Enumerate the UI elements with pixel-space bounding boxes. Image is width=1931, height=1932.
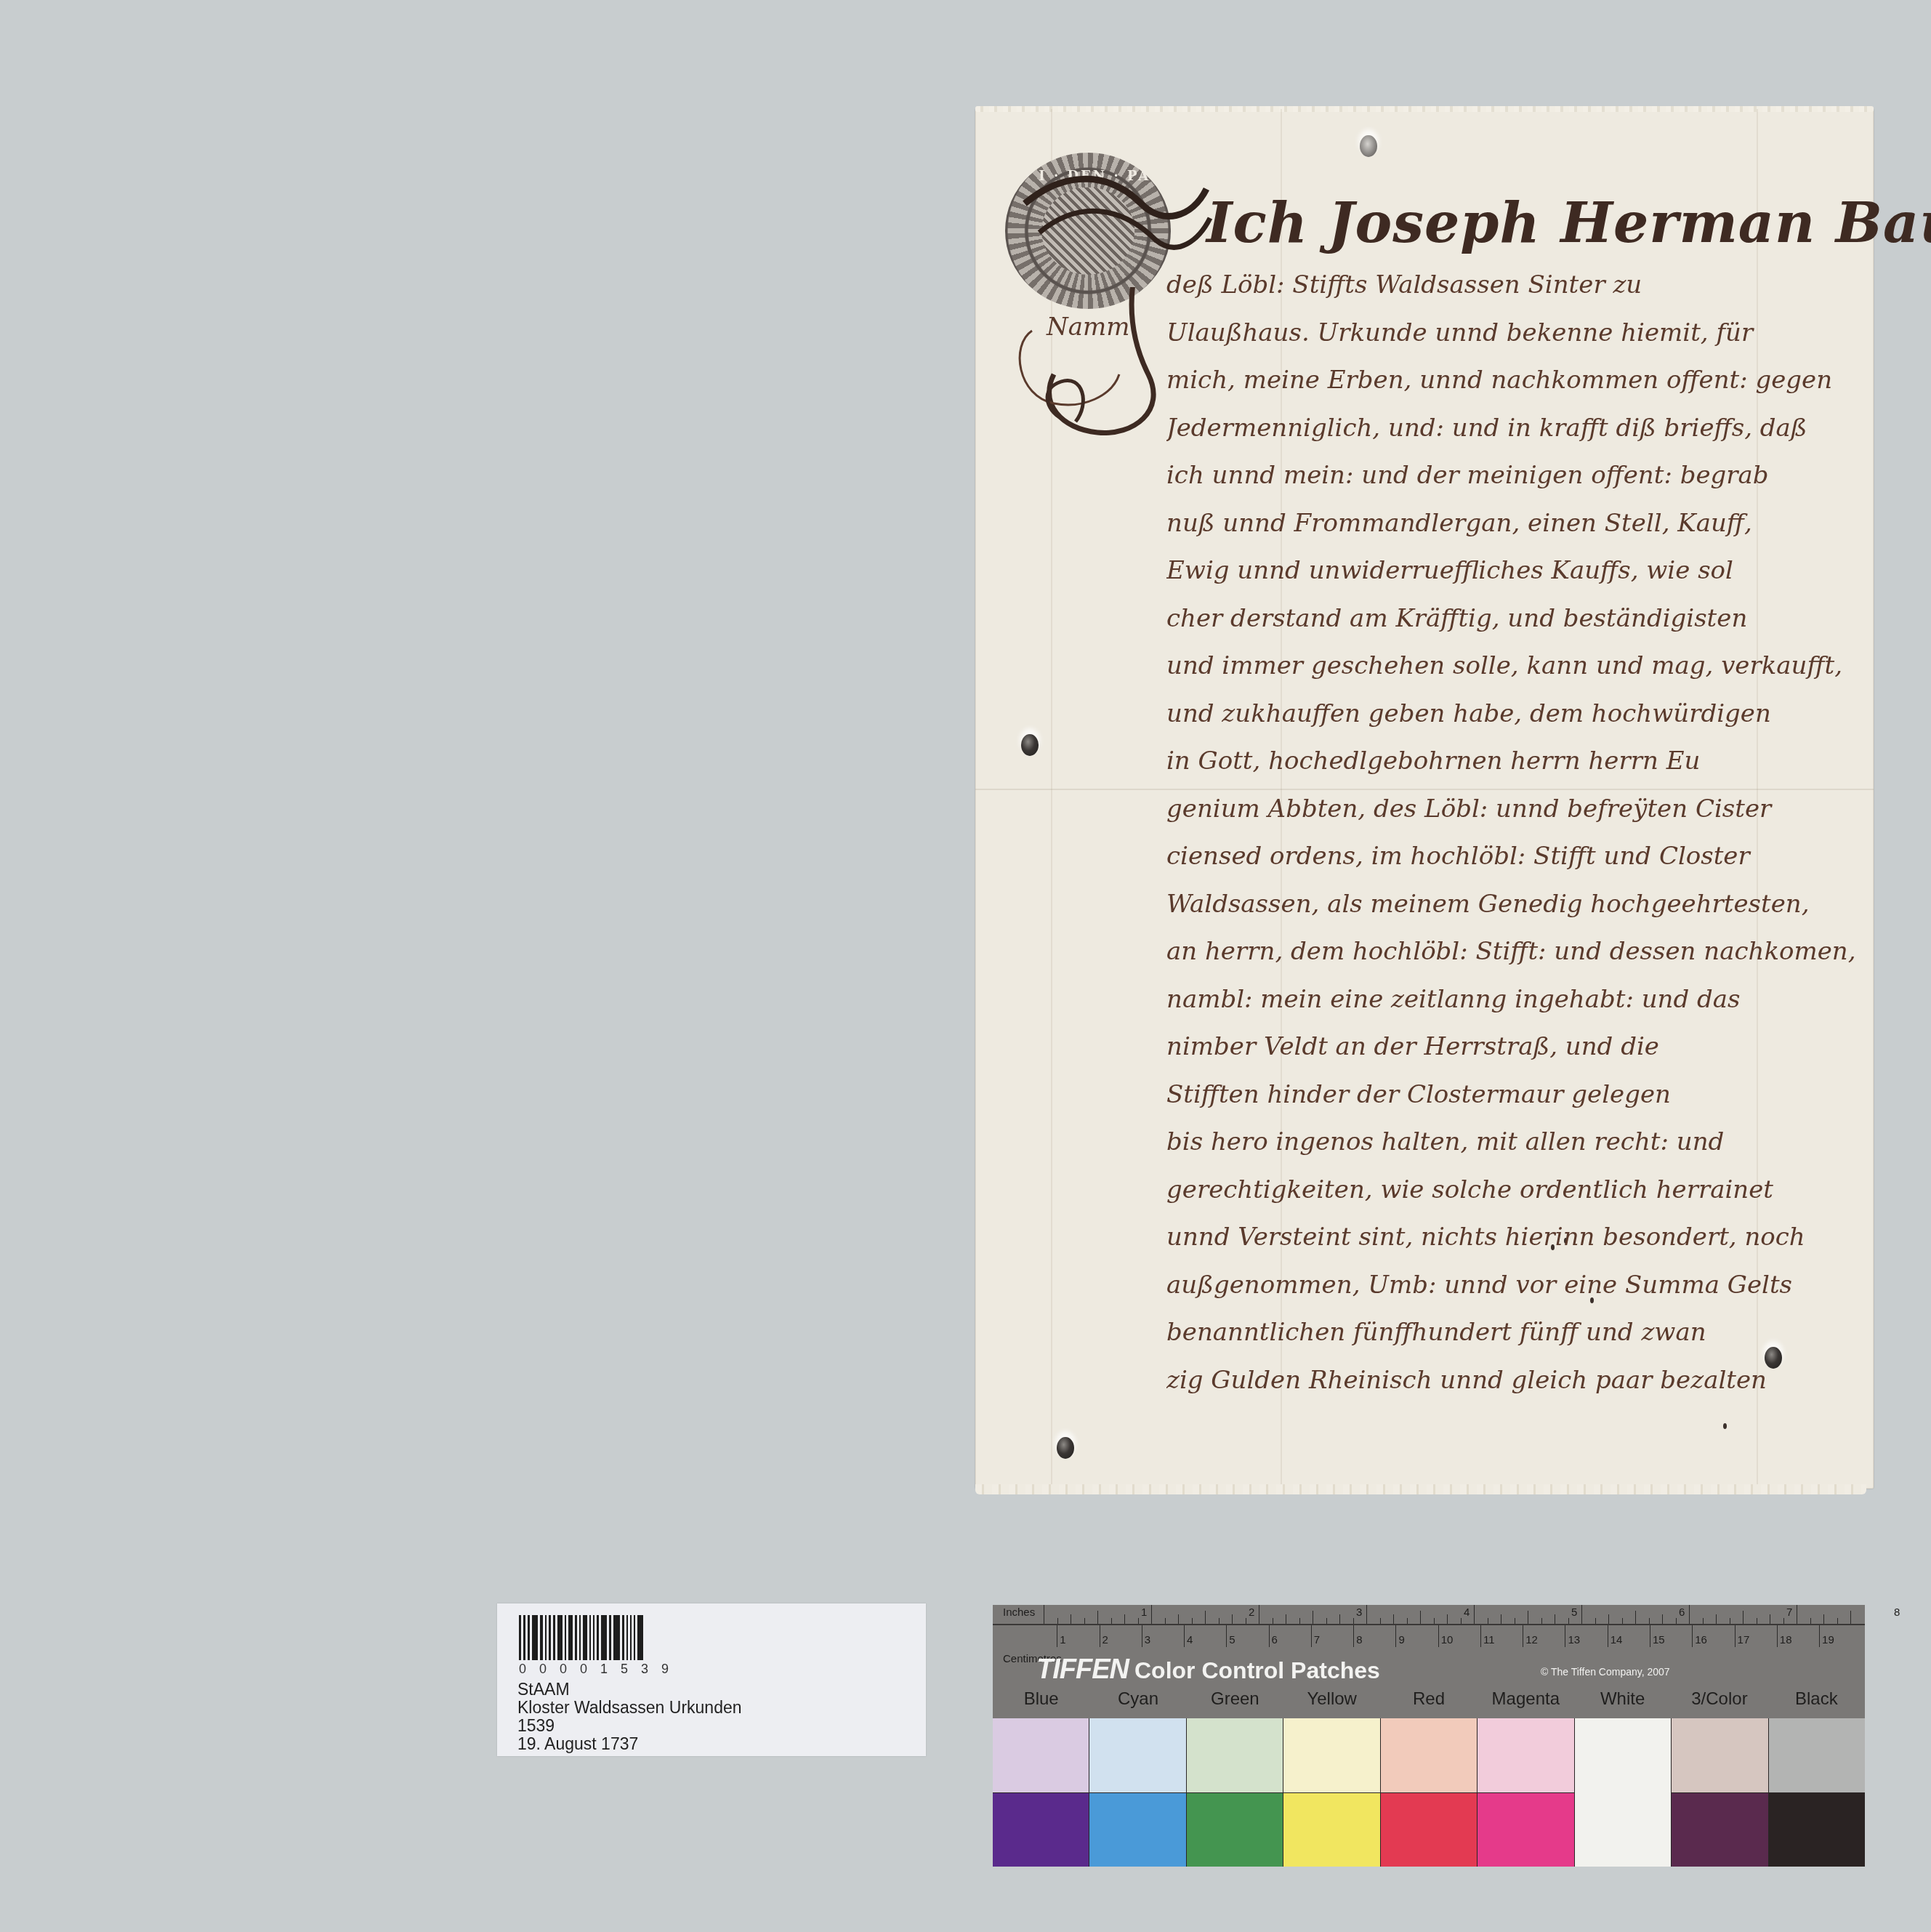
patch-swatch-light <box>1769 1718 1865 1793</box>
tiffen-logo: TIFFEN <box>1036 1654 1129 1686</box>
barcode <box>519 1615 645 1660</box>
manuscript-line: zig Gulden Rheinisch unnd gleich paar be… <box>1166 1359 1857 1406</box>
ruler-tick <box>1393 1614 1394 1624</box>
ruler-tick <box>1581 1605 1582 1624</box>
ruler-tick <box>1111 1618 1112 1624</box>
manuscript-line: und immer geschehen solle, kann und mag,… <box>1166 644 1857 692</box>
cm-tick-label: 12 <box>1525 1634 1538 1646</box>
patch-label: Black <box>1768 1689 1865 1718</box>
manuscript-line: nuß unnd Frommandlergan, einen Stell, Ka… <box>1166 502 1857 550</box>
cm-tick-label: 5 <box>1229 1634 1235 1646</box>
patch-swatch-dark <box>1089 1793 1185 1867</box>
barcode-bar <box>634 1615 635 1660</box>
seal-flourish-icon <box>1010 160 1214 262</box>
manuscript-line: an herrn, dem hochlöbl: Stifft: und dess… <box>1166 930 1857 978</box>
ruler-tick <box>1326 1618 1327 1624</box>
barcode-bar <box>532 1615 538 1660</box>
manuscript-heading: Ich Joseph Herman Bauer <box>1206 190 1931 255</box>
barcode-digit: 9 <box>661 1662 669 1677</box>
patch-swatch <box>1575 1718 1671 1867</box>
ruler-tick <box>1662 1614 1663 1624</box>
ruler-tick <box>1438 1625 1439 1647</box>
manuscript-line: ich unnd mein: und der meinigen offent: … <box>1166 454 1857 502</box>
inch-tick-label: 6 <box>1679 1606 1685 1619</box>
ruler-tick <box>1313 1611 1313 1624</box>
manuscript-line: nimber Veldt an der Herrstraß, und die <box>1166 1025 1857 1073</box>
ruler-tick <box>1770 1614 1770 1624</box>
ruler-tick <box>1044 1605 1044 1624</box>
cm-tick-label: 2 <box>1102 1634 1108 1646</box>
ruler-tick <box>1650 1625 1650 1647</box>
barcode-bar <box>589 1615 591 1660</box>
label-date: 19. August 1737 <box>517 1735 742 1753</box>
archive-label: 0 0 0 0 1 5 3 9 StAAM Kloster Waldsassen… <box>497 1603 926 1756</box>
cm-tick-label: 6 <box>1272 1634 1278 1646</box>
ruler-tick <box>1138 1618 1139 1624</box>
barcode-bar <box>523 1615 525 1660</box>
manuscript-line: gerechtigkeiten, wie solche ordentlich h… <box>1166 1168 1857 1216</box>
ruler-tick <box>1783 1618 1784 1624</box>
manuscript-line: Waldsassen, als meinem Genedig hochgeehr… <box>1166 882 1857 930</box>
cm-tick-label: 14 <box>1610 1634 1623 1646</box>
ruler-tick <box>1743 1611 1743 1624</box>
ruler-tick <box>1447 1614 1448 1624</box>
ruler-tick <box>1219 1618 1220 1624</box>
ruler-tick <box>1474 1605 1475 1624</box>
ruler-tick <box>1434 1618 1435 1624</box>
manuscript-line: ciensed ordens, im hochlöbl: Stifft und … <box>1166 834 1857 882</box>
inches-caption: Inches <box>1003 1606 1035 1619</box>
patch-column-black <box>1768 1718 1865 1867</box>
barcode-bar <box>519 1615 521 1660</box>
patch-grid <box>993 1718 1865 1867</box>
barcode-bar <box>601 1615 607 1660</box>
ruler-tick <box>1380 1618 1381 1624</box>
pin-icon <box>1021 734 1039 756</box>
ruler-tick <box>1192 1618 1193 1624</box>
calligraphic-flourish-icon <box>1010 287 1192 440</box>
patch-column-white <box>1574 1718 1671 1867</box>
patch-swatch-dark <box>1187 1793 1283 1867</box>
ruler-tick <box>1480 1625 1481 1647</box>
patch-swatch-light <box>1187 1718 1283 1793</box>
barcode-bar <box>609 1615 611 1660</box>
ruler-tick <box>1184 1625 1185 1647</box>
patch-label: White <box>1574 1689 1671 1718</box>
barcode-bar <box>579 1615 581 1660</box>
ruler-tick <box>1735 1625 1736 1647</box>
ruler-tick <box>1232 1614 1233 1624</box>
ruler-tick <box>1730 1618 1730 1624</box>
ruler-tick <box>1523 1625 1523 1647</box>
barcode-digit: 0 <box>519 1662 526 1677</box>
barcode-bar <box>528 1615 530 1660</box>
ruler-tick <box>1689 1605 1690 1624</box>
ruler-tick <box>1541 1618 1542 1624</box>
patch-swatch-dark <box>1381 1793 1477 1867</box>
ruler-tick <box>1692 1625 1693 1647</box>
barcode-digit: 5 <box>621 1662 628 1677</box>
ruler-tick <box>1057 1625 1057 1647</box>
ruler-tick <box>1568 1618 1569 1624</box>
manuscript-line: bis hero ingenos halten, mit allen recht… <box>1166 1120 1857 1168</box>
cm-tick-label: 16 <box>1695 1634 1707 1646</box>
ruler-tick <box>1205 1611 1206 1624</box>
barcode-digit: 0 <box>560 1662 567 1677</box>
barcode-bar <box>593 1615 594 1660</box>
target-title: Color Control Patches <box>1134 1657 1380 1684</box>
ruler-tick <box>1057 1618 1058 1624</box>
patch-swatch-dark <box>1478 1793 1573 1867</box>
manuscript-line: benanntlichen fünffhundert fünff und zwa… <box>1166 1311 1857 1359</box>
patch-swatch-light <box>1478 1718 1573 1793</box>
barcode-digit: 1 <box>600 1662 608 1677</box>
ruler-tick <box>1097 1611 1098 1624</box>
margin-note: Namm <box>1047 313 1130 342</box>
ruler-tick <box>1703 1618 1704 1624</box>
ruler-tick <box>1178 1614 1179 1624</box>
label-collection: Kloster Waldsassen Urkunden <box>517 1699 742 1717</box>
centimetre-ruler: 12345678910111213141516171819 <box>993 1625 1865 1657</box>
barcode-bar <box>622 1615 624 1660</box>
patch-column-blue <box>993 1718 1089 1867</box>
barcode-bar <box>637 1615 643 1660</box>
barcode-bar <box>575 1615 577 1660</box>
cm-tick-label: 4 <box>1187 1634 1193 1646</box>
barcode-digit: 0 <box>580 1662 587 1677</box>
manuscript-line: deß Löbl: Stiffts Waldsassen Sinter zu <box>1166 263 1857 311</box>
ruler-tick <box>1595 1618 1596 1624</box>
ruler-tick <box>1339 1614 1340 1624</box>
inch-tick-label: 3 <box>1356 1606 1362 1619</box>
barcode-bar <box>597 1615 599 1660</box>
manuscript-line: nambl: mein eine zeitlanng ingehabt: und… <box>1166 978 1857 1026</box>
ruler-tick <box>1716 1614 1717 1624</box>
ruler-tick <box>1608 1614 1609 1624</box>
patch-swatch-light <box>993 1718 1089 1793</box>
patch-swatch-dark <box>1769 1793 1865 1867</box>
ruler-tick <box>1142 1625 1142 1647</box>
manuscript-line: und zukhauffen geben habe, dem hochwürdi… <box>1166 692 1857 740</box>
ink-spot <box>1723 1423 1727 1429</box>
ruler-tick <box>1528 1611 1528 1624</box>
manuscript-line: genium Abbten, des Löbl: unnd befreÿten … <box>1166 787 1857 835</box>
ruler-tick <box>1461 1618 1462 1624</box>
ruler-tick <box>1757 1618 1757 1624</box>
patch-column-magenta <box>1477 1718 1573 1867</box>
patch-column-3-color <box>1671 1718 1767 1867</box>
barcode-bar <box>540 1615 543 1660</box>
manuscript-line: Ulaußhaus. Urkunde unnd bekenne hiemit, … <box>1166 311 1857 359</box>
ruler-tick <box>1353 1625 1354 1647</box>
manuscript-line: außgenommen, Umb: unnd vor eine Summa Ge… <box>1166 1263 1857 1311</box>
label-archive: StAAM <box>517 1681 742 1699</box>
ruler-tick <box>1649 1618 1650 1624</box>
ruler-tick <box>1226 1625 1227 1647</box>
manuscript-line: unnd Versteint sint, nichts hierinn beso… <box>1166 1215 1857 1263</box>
ruler-tick <box>1810 1618 1811 1624</box>
inch-tick-label: 7 <box>1786 1606 1792 1619</box>
patch-swatch-dark <box>1672 1793 1767 1867</box>
barcode-digit: 3 <box>641 1662 648 1677</box>
ruler-tick <box>1515 1618 1515 1624</box>
color-control-target: Inches 12345678 123456789101112131415161… <box>993 1605 1865 1867</box>
manuscript-line: Ewig unnd unwiderrueffliches Kauffs, wie… <box>1166 549 1857 597</box>
barcode-digit: 0 <box>539 1662 547 1677</box>
patch-swatch-light <box>1672 1718 1767 1793</box>
ruler-tick <box>1555 1614 1555 1624</box>
inch-tick-label: 1 <box>1141 1606 1147 1619</box>
ruler-tick <box>1366 1605 1367 1624</box>
ruler-tick <box>1777 1625 1778 1647</box>
ruler-tick <box>1407 1618 1408 1624</box>
ruler-tick <box>1299 1618 1300 1624</box>
ruler-tick <box>1165 1618 1166 1624</box>
barcode-bar <box>626 1615 628 1660</box>
patch-column-green <box>1186 1718 1283 1867</box>
inch-tick-label: 8 <box>1894 1606 1900 1619</box>
cm-tick-label: 19 <box>1822 1634 1834 1646</box>
ruler-tick <box>1286 1614 1286 1624</box>
ruler-tick <box>1797 1605 1797 1624</box>
patch-column-cyan <box>1089 1718 1185 1867</box>
patch-swatch-light <box>1089 1718 1185 1793</box>
inch-tick-label: 4 <box>1464 1606 1470 1619</box>
barcode-bar <box>545 1615 547 1660</box>
cm-tick-label: 13 <box>1568 1634 1580 1646</box>
ruler-tick <box>1259 1605 1259 1624</box>
pin-icon <box>1057 1437 1074 1459</box>
pin-icon <box>1360 135 1377 157</box>
patch-label: Green <box>1187 1689 1283 1718</box>
cm-tick-label: 10 <box>1441 1634 1454 1646</box>
patch-label: 3/Color <box>1671 1689 1767 1718</box>
manuscript-line: Stifften hinder der Clostermaur gelegen <box>1166 1073 1857 1121</box>
cm-tick-label: 8 <box>1356 1634 1362 1646</box>
inch-tick-label: 2 <box>1249 1606 1254 1619</box>
manuscript-body: deß Löbl: Stiffts Waldsassen Sinter zu U… <box>1166 263 1857 1406</box>
ruler-tick <box>1124 1614 1125 1624</box>
ruler-tick <box>1353 1618 1354 1624</box>
ruler-tick <box>1635 1611 1636 1624</box>
inch-tick-label: 5 <box>1571 1606 1577 1619</box>
patch-swatch-dark <box>993 1793 1089 1867</box>
patch-label: Magenta <box>1478 1689 1574 1718</box>
ruler-tick <box>1100 1625 1100 1647</box>
ruler-tick <box>1622 1618 1623 1624</box>
ruler-tick <box>1565 1625 1565 1647</box>
label-text: StAAM Kloster Waldsassen Urkunden 1539 1… <box>517 1681 742 1753</box>
ruler-tick <box>1837 1618 1838 1624</box>
manuscript-line: mich, meine Erben, unnd nachkommen offen… <box>1166 358 1857 406</box>
ruler-tick <box>1823 1614 1824 1624</box>
ruler-tick <box>1850 1611 1851 1624</box>
manuscript-line: cher derstand am Kräfftig, und beständig… <box>1166 597 1857 645</box>
barcode-bar <box>613 1615 620 1660</box>
barcode-bar <box>568 1615 573 1660</box>
patch-column-red <box>1380 1718 1477 1867</box>
target-copyright: © The Tiffen Company, 2007 <box>1541 1666 1670 1678</box>
ruler-tick <box>1084 1618 1085 1624</box>
ruler-tick <box>1071 1614 1071 1624</box>
patch-swatch-light <box>1381 1718 1477 1793</box>
manuscript-line: Jedermenniglich, und: und in krafft diß … <box>1166 406 1857 454</box>
cm-tick-label: 7 <box>1314 1634 1320 1646</box>
cm-tick-label: 1 <box>1060 1634 1065 1646</box>
patch-label: Blue <box>993 1689 1089 1718</box>
cm-tick-label: 15 <box>1653 1634 1665 1646</box>
patch-label: Cyan <box>1089 1689 1186 1718</box>
inch-ruler: Inches 12345678 <box>993 1605 1865 1625</box>
ruler-tick <box>1151 1605 1152 1624</box>
patch-column-yellow <box>1283 1718 1379 1867</box>
label-number: 1539 <box>517 1717 742 1735</box>
patch-swatch-dark <box>1283 1793 1379 1867</box>
barcode-bar <box>583 1615 587 1660</box>
ruler-tick <box>1273 1618 1273 1624</box>
ruler-tick <box>1676 1618 1677 1624</box>
ruler-tick <box>1501 1614 1501 1624</box>
patch-label: Red <box>1380 1689 1477 1718</box>
ruler-tick <box>1311 1625 1312 1647</box>
ruler-tick <box>1269 1625 1270 1647</box>
cm-tick-label: 18 <box>1780 1634 1792 1646</box>
barcode-digits: 0 0 0 0 1 5 3 9 <box>519 1662 669 1677</box>
cm-tick-label: 3 <box>1145 1634 1150 1646</box>
ruler-tick <box>1246 1618 1246 1624</box>
ruler-tick <box>1420 1611 1421 1624</box>
barcode-bar <box>557 1615 563 1660</box>
cm-tick-label: 17 <box>1738 1634 1750 1646</box>
barcode-bar <box>630 1615 632 1660</box>
patch-swatch-light <box>1283 1718 1379 1793</box>
ruler-tick <box>1608 1625 1608 1647</box>
patch-labels: BlueCyanGreenYellowRedMagentaWhite3/Colo… <box>993 1689 1865 1718</box>
barcode-bar <box>565 1615 566 1660</box>
ruler-tick <box>1819 1625 1820 1647</box>
patch-label: Yellow <box>1283 1689 1380 1718</box>
manuscript-line: in Gott, hochedlgebohrnen herrn herrn Eu <box>1166 739 1857 787</box>
ruler-tick <box>1488 1618 1488 1624</box>
cm-tick-label: 9 <box>1398 1634 1404 1646</box>
barcode-bar <box>553 1615 555 1660</box>
cm-tick-label: 11 <box>1483 1634 1495 1646</box>
ruler-tick <box>1395 1625 1396 1647</box>
barcode-bar <box>549 1615 551 1660</box>
